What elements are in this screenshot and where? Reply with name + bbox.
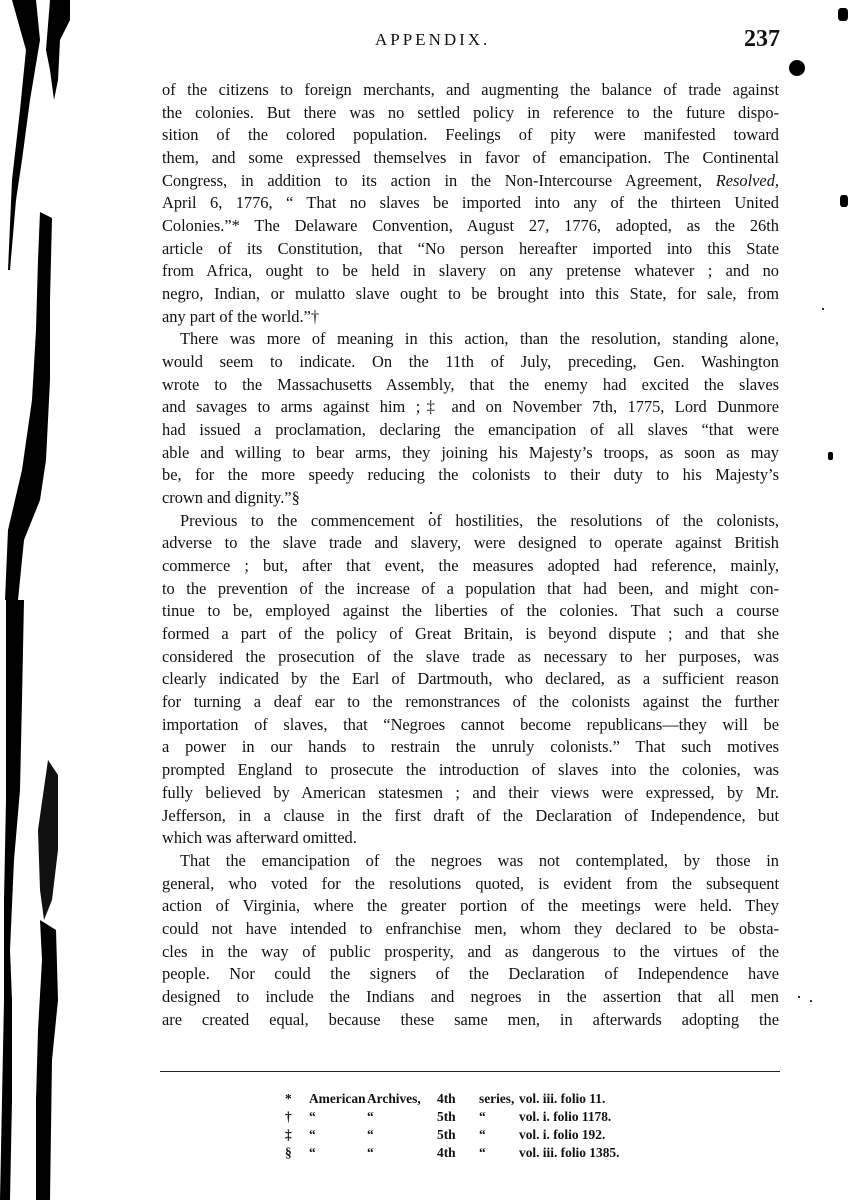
footnote-source: “ [367,1108,437,1126]
text-line: fully believed by American statesmen ; a… [162,782,779,805]
text-line: and savages to arms against him ;‡ and o… [162,396,779,419]
footnotes: *AmericanArchives,4thseries,vol. iii. fo… [285,1090,665,1162]
footnote-reference: vol. i. folio 192. [519,1126,605,1144]
footnote: †““5th“vol. i. folio 1178. [285,1108,665,1126]
text-line: general, who voted for the resolutions q… [162,873,779,896]
text-line: commerce ; but, after that event, the me… [162,555,779,578]
text-line: would seem to indicate. On the 11th of J… [162,351,779,374]
footnote-series: 5th [437,1108,479,1126]
text-line: action of Virginia, where the greater po… [162,895,779,918]
footnote-series-label: series, [479,1090,519,1108]
footnote-source: “ [309,1144,367,1162]
text-line: for turning a deaf ear to the remonstran… [162,691,779,714]
scan-blot [838,8,848,21]
text-line: Jefferson, in a clause in the first draf… [162,805,779,828]
text-line: There was more of meaning in this action… [162,328,779,351]
page-number: 237 [744,26,780,53]
footnote-mark: § [285,1144,309,1162]
text-line: people. Nor could the signers of the Dec… [162,963,779,986]
text-line: from Africa, ought to be held in slavery… [162,260,779,283]
binding-shadow-icon [0,0,70,1200]
scan-speck [822,308,824,310]
text-line: importation of slaves, that “Negroes can… [162,714,779,737]
text-line: to the prevention of the increase of a p… [162,578,779,601]
footnote-mark: † [285,1108,309,1126]
text-line: any part of the world.”† [162,306,779,329]
scan-speck [798,996,800,998]
body-text: of the citizens to foreign merchants, an… [162,79,779,1031]
page-header: APPENDIX. 237 [160,30,780,60]
scan-blot [828,452,833,460]
text-line: a power in our hands to restrain the unr… [162,736,779,759]
text-line: of the citizens to foreign merchants, an… [162,79,779,102]
text-line: negro, Indian, or mulatto slave ought to… [162,283,779,306]
text-line: are created equal, because these same me… [162,1009,779,1032]
running-head: APPENDIX. [375,30,490,50]
footnote-mark: * [285,1090,309,1108]
text-line: able and willing to bear arms, they join… [162,442,779,465]
footnote-series: 4th [437,1144,479,1162]
scan-blot [840,195,848,207]
footnote: *AmericanArchives,4thseries,vol. iii. fo… [285,1090,665,1108]
text-line: That the emancipation of the negroes was… [162,850,779,873]
text-line: could not have intended to enfranchise m… [162,918,779,941]
footnote-series-label: “ [479,1144,519,1162]
text-line: clearly indicated by the Earl of Dartmou… [162,668,779,691]
text-line: Colonies.”* The Delaware Convention, Aug… [162,215,779,238]
footnote: §““4th“vol. iii. folio 1385. [285,1144,665,1162]
text-line: wrote to the Massachusetts Assembly, tha… [162,374,779,397]
text-line: the colonies. But there was no settled p… [162,102,779,125]
text-line: Previous to the commencement of hostilit… [162,510,779,533]
footnote-source: American [309,1090,367,1108]
footnote-series-label: “ [479,1126,519,1144]
text-line: Congress, in addition to its action in t… [162,170,779,193]
text-line: adverse to the slave trade and slavery, … [162,532,779,555]
footnote: ‡““5th“vol. i. folio 192. [285,1126,665,1144]
footnote-source: “ [367,1126,437,1144]
text-line: designed to include the Indians and negr… [162,986,779,1009]
text-line: April 6, 1776, “ That no slaves be impor… [162,192,779,215]
text-line: which was afterward omitted. [162,827,779,850]
footnote-reference: vol. iii. folio 11. [519,1090,605,1108]
footnote-source: “ [309,1108,367,1126]
footnote-reference: vol. iii. folio 1385. [519,1144,619,1162]
text-line: them, and some expressed themselves in f… [162,147,779,170]
text-line: formed a part of the policy of Great Bri… [162,623,779,646]
text-line: article of its Constitution, that “No pe… [162,238,779,261]
footnote-series: 5th [437,1126,479,1144]
footnote-series: 4th [437,1090,479,1108]
scan-blot [789,60,805,76]
footnote-rule [160,1071,780,1072]
footnote-source: Archives, [367,1090,437,1108]
text-line: considered the prosecution of the slave … [162,646,779,669]
scan-speck [810,1000,812,1002]
text-line: crown and dignity.”§ [162,487,779,510]
footnote-source: “ [309,1126,367,1144]
text-line: had issued a proclamation, declaring the… [162,419,779,442]
footnote-source: “ [367,1144,437,1162]
text-line: be, for the more speedy reducing the col… [162,464,779,487]
text-line: cles in the way of public prosperity, an… [162,941,779,964]
footnote-series-label: “ [479,1108,519,1126]
text-line: prompted England to prosecute the introd… [162,759,779,782]
footnote-reference: vol. i. folio 1178. [519,1108,611,1126]
text-line: sition of the colored population. Feelin… [162,124,779,147]
footnote-mark: ‡ [285,1126,309,1144]
text-line: tinue to be, employed against the libert… [162,600,779,623]
